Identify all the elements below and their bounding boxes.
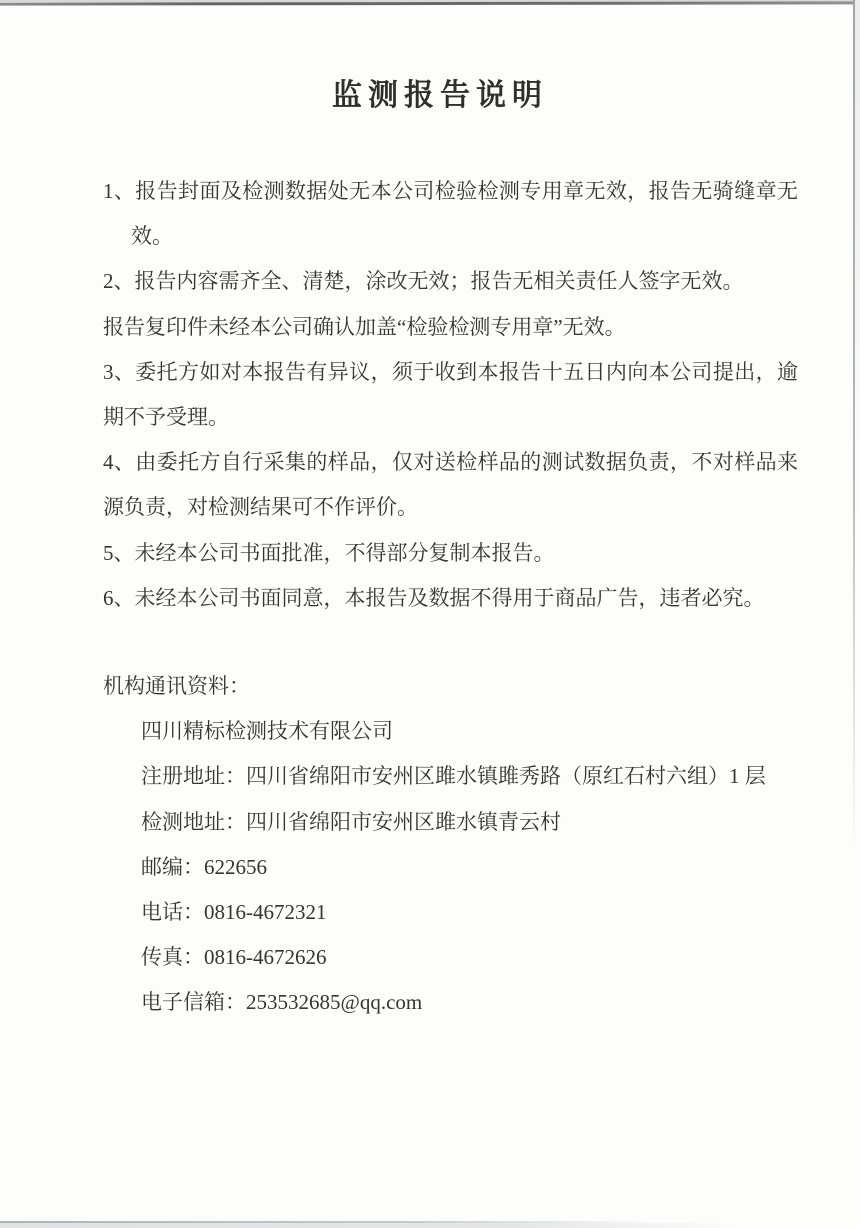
contact-postal-code: 邮编：622656 xyxy=(103,852,798,897)
note-line: 源负责，对检测结果可不作评价。 xyxy=(103,492,798,537)
note-line: 2、报告内容需齐全、清楚，涂改无效；报告无相关责任人签字无效。 xyxy=(103,266,798,311)
note-line: 5、未经本公司书面批准，不得部分复制本报告。 xyxy=(103,538,798,583)
notes-section: 1、报告封面及检测数据处无本公司检验检测专用章无效，报告无骑缝章无 效。 2、报… xyxy=(103,176,798,628)
note-line: 报告复印件未经本公司确认加盖“检验检测专用章”无效。 xyxy=(103,312,798,357)
note-line: 6、未经本公司书面同意，本报告及数据不得用于商品广告，违者必究。 xyxy=(103,583,798,628)
contact-heading: 机构通讯资料： xyxy=(103,671,798,716)
scan-edge-top-dark xyxy=(0,1,860,5)
contact-company: 四川精标检测技术有限公司 xyxy=(103,716,798,761)
scan-edge-right-line xyxy=(853,0,855,855)
note-line: 3、委托方如对本报告有异议，须于收到本报告十五日内向本公司提出，逾 xyxy=(103,357,798,402)
contact-section: 机构通讯资料： 四川精标检测技术有限公司 注册地址：四川省绵阳市安州区雎水镇雎秀… xyxy=(103,671,798,1033)
note-line: 1、报告封面及检测数据处无本公司检验检测专用章无效，报告无骑缝章无 xyxy=(103,176,798,221)
page-title: 监测报告说明 xyxy=(0,76,860,116)
note-line: 效。 xyxy=(103,221,798,266)
scanned-report-page: 监测报告说明 1、报告封面及检测数据处无本公司检验检测专用章无效，报告无骑缝章无… xyxy=(0,0,860,1228)
contact-testing-address: 检测地址：四川省绵阳市安州区雎水镇青云村 xyxy=(103,807,798,852)
contact-email: 电子信箱：253532685@qq.com xyxy=(103,987,798,1032)
scan-edge-bottom-band xyxy=(0,1223,740,1228)
contact-fax: 传真：0816-4672626 xyxy=(103,942,798,987)
contact-registered-address: 注册地址：四川省绵阳市安州区雎水镇雎秀路（原红石村六组）1 层 xyxy=(103,761,798,806)
note-line: 4、由委托方自行采集的样品，仅对送检样品的测试数据负责，不对样品来 xyxy=(103,447,798,492)
contact-phone: 电话：0816-4672321 xyxy=(103,897,798,942)
note-line: 期不予受理。 xyxy=(103,402,798,447)
